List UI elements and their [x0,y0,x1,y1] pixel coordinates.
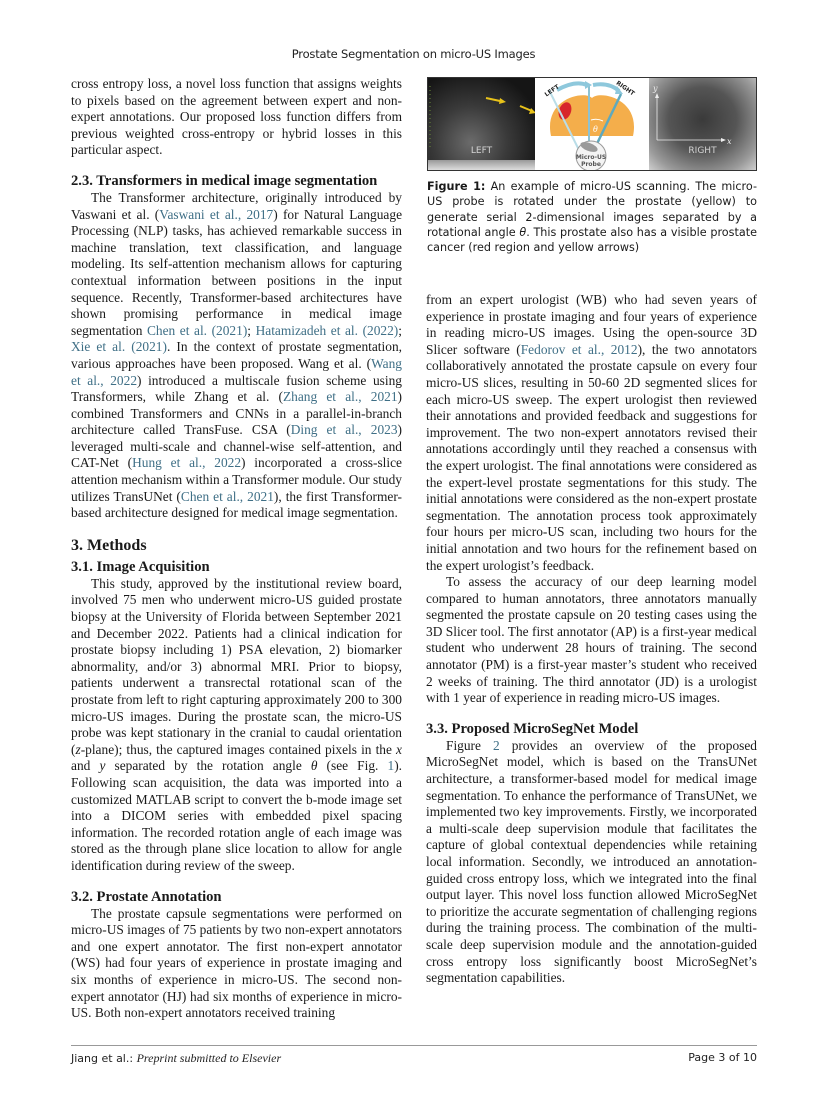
panel-left-label: LEFT [428,146,535,156]
text-run: ; [247,323,255,338]
text-run: ; [398,323,402,338]
section-heading-3-3: 3.3. Proposed MicroSegNet Model [426,721,757,738]
text-run: ), the two annotators collaboratively an… [426,342,757,573]
text-run: Figure [446,738,493,753]
text-run: ) for Natural Language Processing (NLP) … [71,207,402,338]
citation-link[interactable]: Hatamizadeh et al. (2022) [256,323,399,338]
running-head: Prostate Segmentation on micro-US Images [0,47,827,61]
figure-1: LEFT LEFT RIGHT θ Micro-US Probe [427,77,757,255]
continued-paragraph: from an expert urologist (WB) who had se… [426,292,757,574]
section-3-1-paragraph: This study, approved by the institutiona… [71,576,402,875]
citation-link[interactable]: Ding et al., 2023 [291,422,398,437]
figure-1-caption: Figure 1: An example of micro-US scannin… [427,179,757,255]
section-heading-2-3: 2.3. Transformers in medical image segme… [71,173,402,190]
svg-text:θ: θ [593,125,598,134]
citation-link[interactable]: Vaswani et al., 2017 [159,207,273,222]
text-run: (see Fig. [317,758,387,773]
figure-ref-link[interactable]: 2 [493,738,500,753]
svg-text:y: y [652,84,658,93]
text-run: separated by the rotation angle [105,758,310,773]
footer-citation: Jiang et al.: Preprint submitted to Else… [71,1051,281,1066]
math-var: x [396,742,402,757]
section-heading-3-2: 3.2. Prostate Annotation [71,889,402,906]
page-number: Page 3 of 10 [688,1051,757,1064]
citation-link[interactable]: Zhang et al., 2021 [283,389,398,404]
section-3-2-paragraph: The prostate capsule segmentations were … [71,906,402,1022]
probe-rotation-diagram: LEFT RIGHT θ Micro-US Probe [535,78,649,170]
citation-link[interactable]: Hung et al., 2022 [132,455,241,470]
svg-text:x: x [727,137,732,146]
ultrasound-right-panel: y x RIGHT [649,78,756,170]
intro-paragraph: cross entropy loss, a novel loss functio… [71,76,402,159]
footer-divider [71,1045,757,1046]
section-heading-3: 3. Methods [71,536,402,556]
citation-link[interactable]: Chen et al. (2021) [147,323,247,338]
text-run: provides an overview of the proposed Mic… [426,738,757,985]
footer-venue: Preprint submitted to Elsevier [137,1051,282,1065]
section-heading-3-1: 3.1. Image Acquisition [71,559,402,576]
svg-text:Probe: Probe [581,161,601,168]
figure-1-image: LEFT LEFT RIGHT θ Micro-US Probe [427,77,757,171]
citation-link[interactable]: Xie et al. (2021) [71,339,167,354]
text-run: and [71,758,99,773]
axis-icon: y x [649,78,756,170]
footer-authors: Jiang et al.: [71,1052,137,1065]
svg-text:Micro-US: Micro-US [576,154,606,161]
section-3-3-paragraph: Figure 2 provides an overview of the pro… [426,738,757,987]
panel-right-label: RIGHT [649,146,756,156]
ultrasound-left-panel: LEFT [428,78,535,170]
text-run: -plane); thus, the captured images conta… [81,742,396,757]
text-run: ). Following scan acquisition, the data … [71,758,402,873]
lesion-arrows-icon [428,78,535,170]
caption-label: Figure 1: [427,180,485,193]
section-2-3-paragraph: The Transformer architecture, originally… [71,190,402,522]
annotator-paragraph: To assess the accuracy of our deep learn… [426,574,757,707]
left-column: cross entropy loss, a novel loss functio… [71,76,402,1022]
text-run: This study, approved by the institutiona… [71,576,402,757]
right-column: from an expert urologist (WB) who had se… [426,292,757,987]
citation-link[interactable]: Chen et al., 2021 [181,489,274,504]
prostate-diagram-icon: LEFT RIGHT θ Micro-US Probe [535,78,649,170]
citation-link[interactable]: Fedorov et al., 2012 [521,342,638,357]
